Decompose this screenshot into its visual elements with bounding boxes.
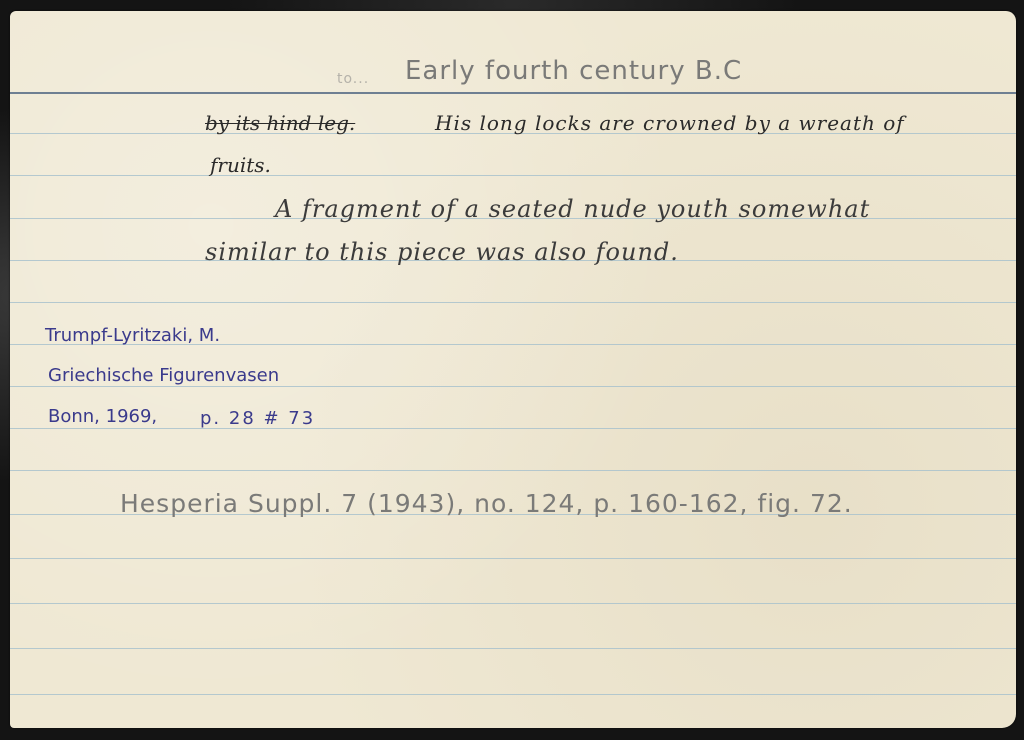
ruled-line xyxy=(10,648,1016,649)
note-line-2: similar to this piece was also found. xyxy=(205,238,679,266)
description-line-1: His long locks are crowned by a wreath o… xyxy=(435,111,905,135)
ruled-line xyxy=(10,302,1016,303)
ruled-line xyxy=(10,386,1016,387)
note-line-1: A fragment of a seated nude youth somewh… xyxy=(275,195,870,223)
ruled-line xyxy=(10,694,1016,695)
ruled-line xyxy=(10,558,1016,559)
description-line-2: fruits. xyxy=(210,153,271,177)
header-rule xyxy=(10,92,1016,94)
ruled-line xyxy=(10,603,1016,604)
reference-author: Trumpf-Lyritzaki, M. xyxy=(45,325,220,346)
ruled-line xyxy=(10,428,1016,429)
struck-text: by its hind leg. xyxy=(205,111,355,135)
date-heading: Early fourth century B.C xyxy=(405,56,742,86)
reference-publication: Bonn, 1969, xyxy=(48,406,157,427)
catalog-index-card: to... Early fourth century B.C by its hi… xyxy=(10,11,1016,728)
reference-title: Griechische Figurenvasen xyxy=(48,365,279,386)
reference-page: p. 28 # 73 xyxy=(200,408,315,429)
ruled-line xyxy=(10,470,1016,471)
ruled-line xyxy=(10,175,1016,176)
faint-pencil-mark: to... xyxy=(337,71,369,87)
hesperia-citation: Hesperia Suppl. 7 (1943), no. 124, p. 16… xyxy=(120,489,853,518)
